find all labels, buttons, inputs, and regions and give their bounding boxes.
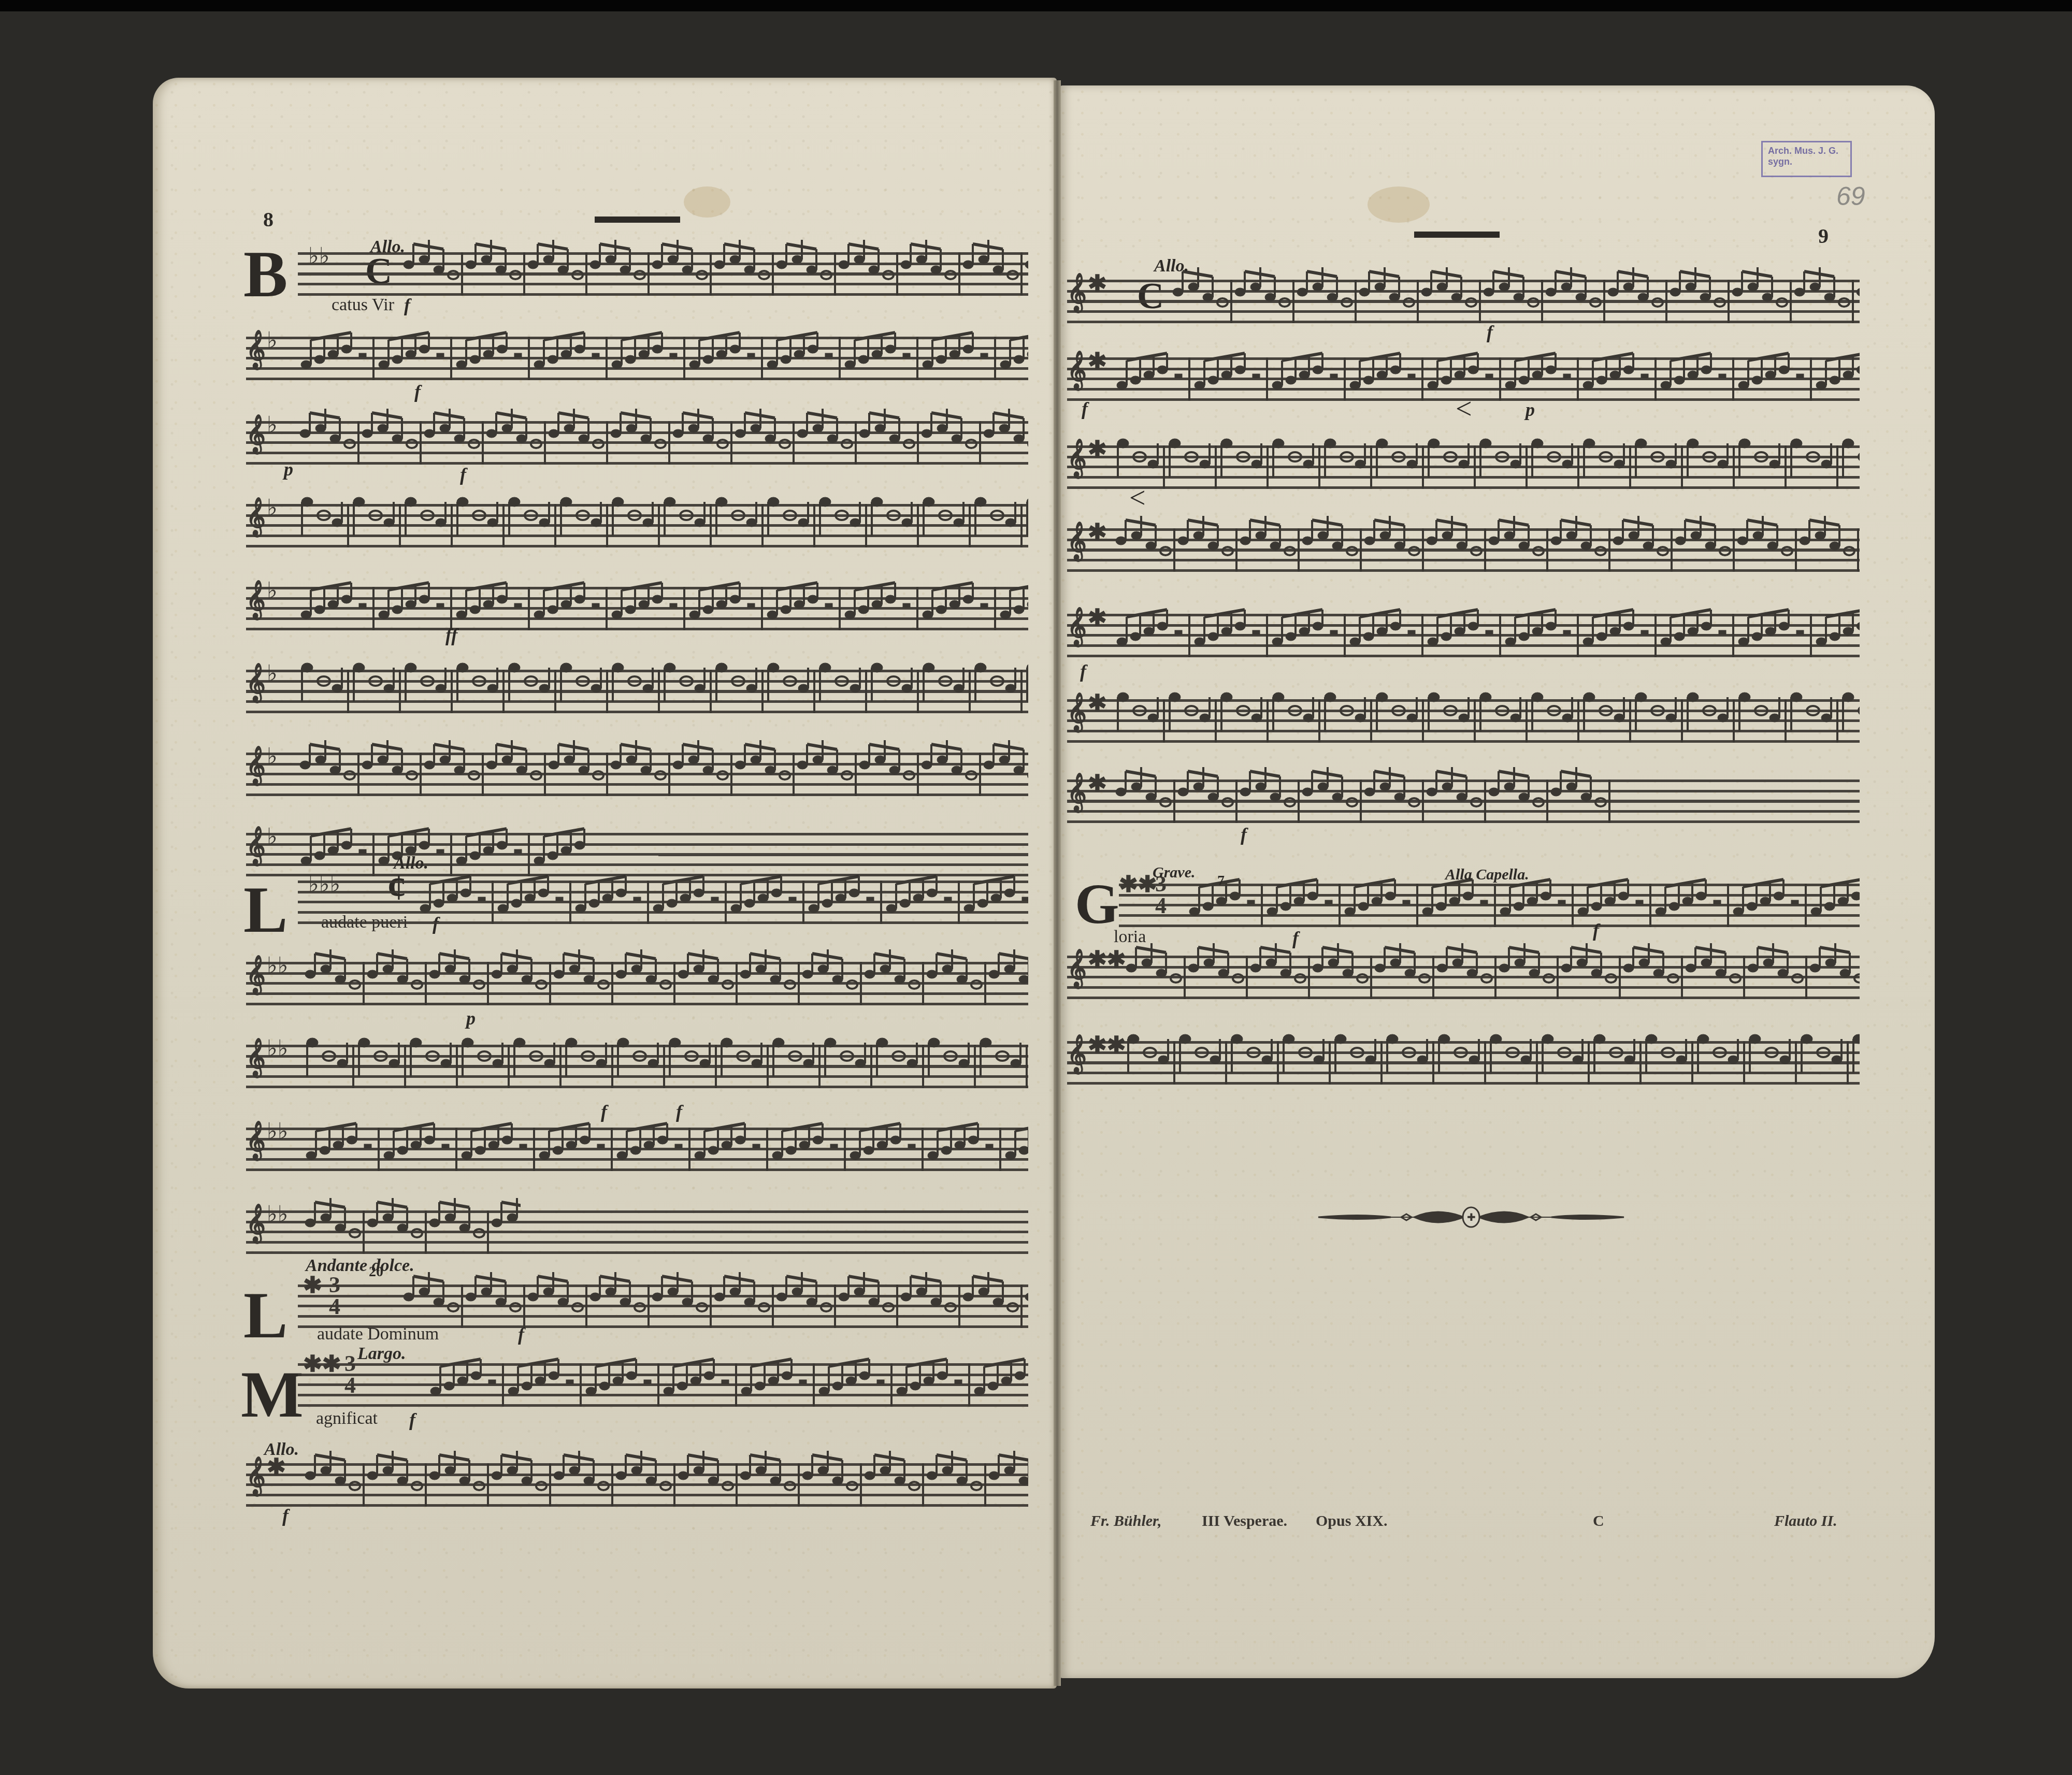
music-staff-9: ♭♭♭	[298, 881, 1028, 924]
music-staff-2: 𝄞♭	[246, 337, 1028, 380]
music-staff-12: 𝄞♭♭	[246, 1128, 1028, 1171]
notes-icon	[298, 486, 1028, 564]
clef-icon: 𝄞	[1067, 276, 1087, 309]
stamp-line-2: sygn.	[1768, 156, 1845, 167]
clef-icon: 𝄞	[246, 666, 266, 699]
clef-icon: 𝄞	[246, 829, 266, 862]
sharp-icon: ✱	[267, 1454, 286, 1480]
footer-work: III Vesperae.	[1202, 1512, 1287, 1530]
notes-icon	[1114, 511, 1860, 588]
flat-icon: ♭♭	[267, 953, 289, 979]
notes-icon	[298, 319, 1028, 397]
sharp-icon: ✱	[1088, 770, 1107, 797]
flat-icon: ♭♭	[267, 1118, 289, 1145]
notes-icon	[1114, 762, 1611, 840]
svg-text:✚: ✚	[1467, 1212, 1476, 1223]
music-staff-6: 𝄞♭	[246, 670, 1028, 713]
flat-icon: ♭♭	[267, 1035, 289, 1062]
notes-icon	[401, 1267, 1028, 1345]
flat-icon: ♭	[267, 495, 278, 521]
dynamic-marking: p	[466, 1007, 476, 1029]
music-staff-13: 𝄞♭♭	[246, 1210, 1028, 1254]
initial-letter: B	[243, 241, 287, 307]
initial-letter: L	[243, 1282, 287, 1348]
tempo-marking: Largo.	[357, 1344, 406, 1364]
music-staff-r7: 𝄞✱	[1067, 780, 1860, 823]
clef-icon: 𝄞	[246, 1206, 266, 1239]
time-signature: 34	[344, 1353, 356, 1396]
music-staff-15: ✱✱ 34	[298, 1363, 1028, 1407]
footer-opus: Opus XIX.	[1316, 1512, 1387, 1530]
sharp-icon: ✱	[1088, 519, 1107, 545]
music-staff-4: 𝄞♭	[246, 504, 1028, 547]
music-staff-r1: 𝄞✱	[1067, 280, 1860, 323]
notes-icon	[303, 1027, 1028, 1105]
dynamic-marking: f	[414, 381, 421, 402]
dynamic-marking: f	[1082, 398, 1088, 420]
clef-icon: 𝄞	[246, 583, 266, 616]
notes-icon	[298, 569, 1028, 647]
paper-stain	[684, 186, 730, 218]
book-gutter	[1054, 80, 1061, 1686]
notes-icon	[298, 735, 1028, 813]
clef-icon: 𝄞	[246, 1123, 266, 1157]
notes-icon	[1124, 1023, 1860, 1101]
time-signature: 34	[329, 1274, 340, 1318]
notes-icon	[1124, 938, 1860, 1016]
flat-icon: ♭♭	[267, 1201, 289, 1228]
sharp-icon: ✱	[303, 1272, 322, 1298]
music-staff-r10: 𝄞✱✱	[1067, 1041, 1860, 1085]
dynamic-marking: ff	[445, 624, 457, 646]
music-staff-7: 𝄞♭	[246, 753, 1028, 796]
notes-icon	[298, 652, 1028, 730]
music-staff-r6: 𝄞✱	[1067, 699, 1860, 743]
notes-icon	[1186, 866, 1860, 944]
clef-icon: 𝄞	[246, 1041, 266, 1074]
stamp-line-1: Arch. Mus. J. G.	[1768, 146, 1845, 156]
sharp-icon: ✱	[1088, 270, 1107, 297]
sharp-icon: ✱✱	[1088, 946, 1126, 973]
music-staff-10: 𝄞♭♭	[246, 962, 1028, 1005]
clef-icon: 𝄞	[1067, 951, 1087, 985]
clef-icon: 𝄞	[1067, 1037, 1087, 1070]
music-staff-1: ♭♭	[298, 252, 1028, 296]
initial-letter: M	[241, 1361, 304, 1427]
notes-icon	[417, 863, 1028, 941]
ornamental-divider-icon: ✚	[1313, 1204, 1629, 1230]
music-staff-r8: ✱✱ 34	[1119, 884, 1860, 927]
flat-icon: ♭	[267, 412, 278, 438]
dynamic-marking: f	[1241, 824, 1247, 845]
dynamic-marking: p	[1526, 399, 1535, 421]
dynamic-marking: f	[282, 1505, 289, 1526]
music-staff-14: ✱ 34	[298, 1285, 1028, 1328]
paper-stain	[1368, 186, 1430, 223]
clef-icon: 𝄞	[1067, 610, 1087, 643]
page-number-right: 9	[1818, 224, 1829, 248]
notes-icon	[427, 1346, 1028, 1423]
lyric-text: catus Vir	[332, 295, 394, 315]
sharp-icon: ✱✱	[1088, 1032, 1126, 1058]
footer-composer: Fr. Bühler,	[1090, 1512, 1162, 1530]
notes-icon	[1114, 682, 1860, 759]
notes-icon	[1171, 262, 1860, 340]
sharp-icon: ✱	[1088, 348, 1107, 374]
notes-icon	[1114, 428, 1860, 506]
music-staff-11: 𝄞♭♭	[246, 1045, 1028, 1088]
time-signature: 34	[1155, 873, 1167, 917]
scanner-top-band	[0, 0, 2072, 11]
sharp-icon: ✱	[1088, 436, 1107, 463]
notes-icon	[303, 1446, 1028, 1523]
clef-icon: 𝄞	[1067, 775, 1087, 809]
clef-icon: 𝄞	[246, 333, 266, 366]
music-staff-r3: 𝄞✱	[1067, 445, 1860, 489]
music-staff-16: 𝄞✱	[246, 1463, 1028, 1507]
clef-icon: 𝄞	[1067, 353, 1087, 386]
measure-rest-count: 20	[369, 1264, 383, 1280]
crescendo-icon: <	[1456, 393, 1472, 426]
sharp-icon: ✱✱	[1119, 871, 1157, 898]
flat-icon: ♭♭	[308, 243, 330, 269]
clef-icon: 𝄞	[246, 958, 266, 991]
sharp-icon: ✱	[1088, 690, 1107, 716]
flat-icon: ♭	[267, 824, 278, 850]
clef-icon: 𝄞	[1067, 441, 1087, 474]
notes-icon	[401, 235, 1028, 312]
dynamic-marking: p	[284, 458, 293, 480]
initial-letter: L	[243, 876, 287, 943]
pencil-folio-number: 69	[1836, 181, 1865, 211]
clef-icon: 𝄞	[1067, 695, 1087, 728]
clef-icon: 𝄞	[1067, 524, 1087, 557]
lyric-text: agnificat	[316, 1409, 378, 1428]
clef-icon: 𝄞	[246, 500, 266, 533]
flat-icon: ♭	[267, 743, 278, 770]
footer-part: Flauto II.	[1774, 1512, 1837, 1530]
flat-icon: ♭	[267, 660, 278, 687]
music-staff-r4: 𝄞✱	[1067, 528, 1860, 572]
clef-icon: 𝄞	[246, 417, 266, 450]
header-rule-right	[1414, 232, 1500, 238]
flat-icon: ♭	[267, 578, 278, 604]
dynamic-marking: f	[460, 464, 466, 485]
page-number-left: 8	[263, 207, 274, 232]
footer-signature: C	[1593, 1512, 1604, 1530]
music-staff-r9: 𝄞✱✱	[1067, 956, 1860, 999]
music-staff-r5: 𝄞✱	[1067, 614, 1860, 657]
notes-icon	[303, 1110, 1028, 1188]
sharp-icon: ✱✱	[303, 1351, 341, 1377]
crescendo-icon: <	[1129, 482, 1146, 515]
notes-icon	[298, 403, 1028, 481]
flat-icon: ♭♭♭	[308, 871, 340, 898]
flat-icon: ♭	[267, 327, 278, 354]
notes-icon	[1114, 596, 1860, 674]
archive-stamp: Arch. Mus. J. G. sygn.	[1761, 141, 1852, 177]
header-rule-left	[595, 217, 680, 223]
sharp-icon: ✱	[1088, 604, 1107, 631]
clef-icon: 𝄞	[246, 748, 266, 782]
notes-icon	[1114, 340, 1860, 417]
notes-icon	[303, 944, 1028, 1022]
initial-letter: G	[1075, 875, 1119, 932]
dynamic-marking: f	[409, 1409, 415, 1431]
music-staff-3: 𝄞♭	[246, 421, 1028, 465]
clef-icon: 𝄞	[246, 1459, 266, 1492]
music-staff-5: 𝄞♭	[246, 587, 1028, 630]
dynamic-marking: f	[1080, 660, 1086, 682]
